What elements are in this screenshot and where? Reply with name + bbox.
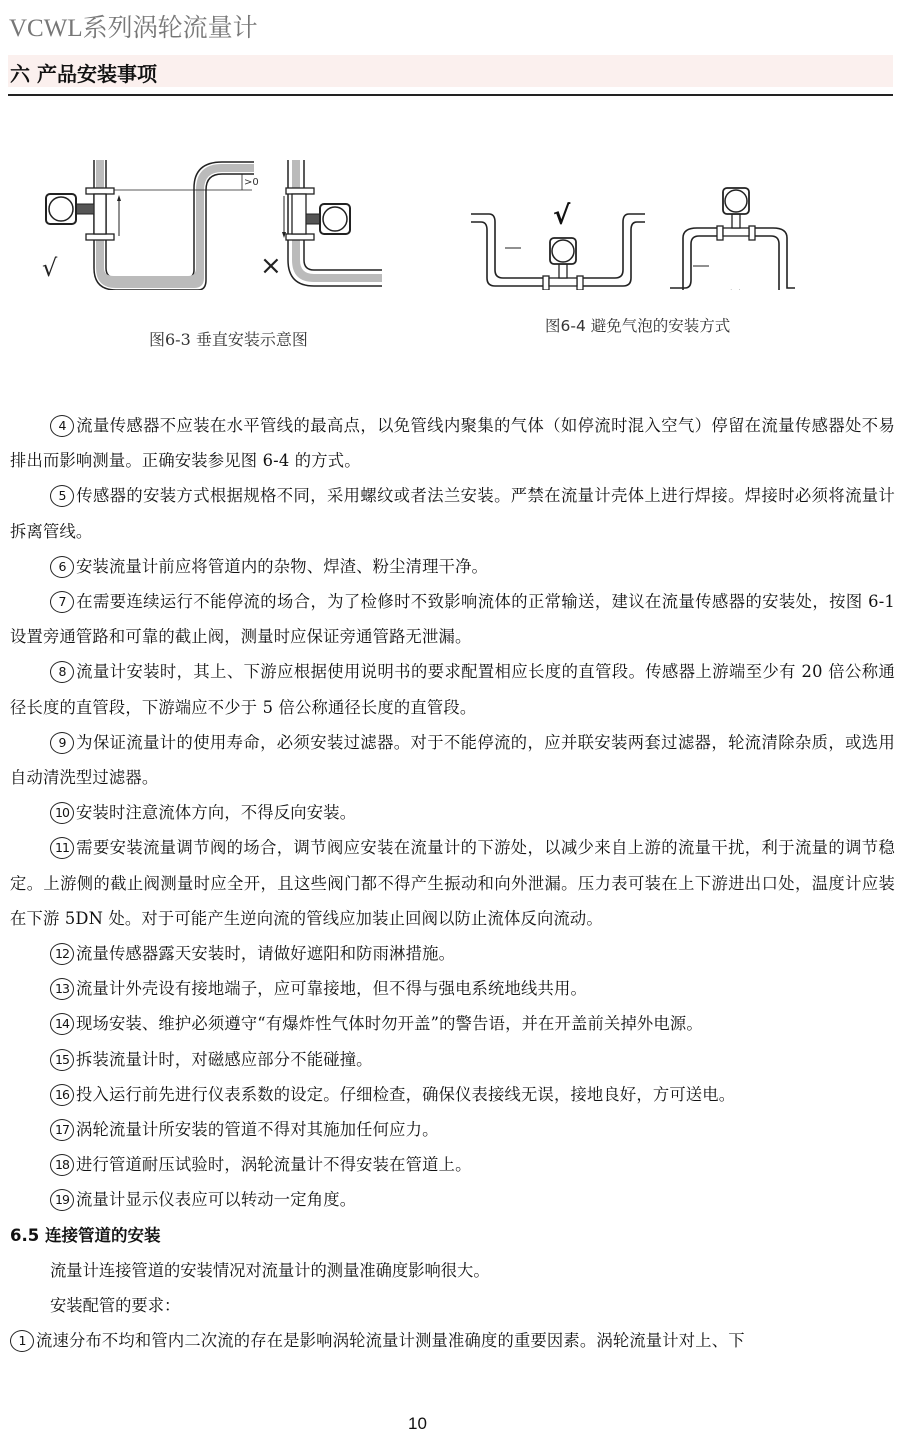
item-text: 流量传感器不应装在水平管线的最高点，以免管线内聚集的气体（如停流时混入空气）停留… bbox=[10, 416, 895, 470]
list-item: 9为保证流量计的使用寿命，必须安装过滤器。对于不能停流的，应并联安装两套过滤器，… bbox=[10, 725, 895, 795]
list-item: 6安装流量计前应将管道内的杂物、焊渣、粉尘清理干净。 bbox=[10, 549, 895, 584]
list-item: 19流量计显示仪表应可以转动一定角度。 bbox=[10, 1182, 895, 1217]
correct-u-pipe bbox=[94, 160, 254, 290]
item-text: 流量计安装时，其上、下游应根据使用说明书的要求配置相应长度的直管段。传感器上游端… bbox=[10, 662, 895, 716]
subsection-intro: 流量计连接管道的安装情况对流量计的测量准确度影响很大。 bbox=[10, 1253, 895, 1288]
list-item: 17涡轮流量计所安装的管道不得对其施加任何应力。 bbox=[10, 1112, 895, 1147]
item-number: 19 bbox=[50, 1189, 74, 1211]
list-item: 18进行管道耐压试验时，涡轮流量计不得安装在管道上。 bbox=[10, 1147, 895, 1182]
cross-mark-icon: × bbox=[727, 283, 744, 290]
item-number: 10 bbox=[50, 802, 74, 824]
body-text: 4流量传感器不应装在水平管线的最高点，以免管线内聚集的气体（如停流时混入空气）停… bbox=[10, 408, 895, 1358]
item-text: 传感器的安装方式根据规格不同，采用螺纹或者法兰安装。严禁在流量计壳体上进行焊接。… bbox=[10, 486, 895, 540]
item-number: 9 bbox=[50, 732, 74, 754]
list-item: 14现场安装、维护必须遵守“有爆炸性气体时勿开盖”的警告语，并在开盖前关掉外电源… bbox=[10, 1006, 895, 1041]
item-number: 7 bbox=[50, 591, 74, 613]
item-text: 在需要连续运行不能停流的场合，为了检修时不致影响流体的正常输送，建议在流量传感器… bbox=[10, 592, 895, 646]
list-item: 1流速分布不均和管内二次流的存在是影响涡轮流量计测量准确度的重要因素。涡轮流量计… bbox=[10, 1323, 895, 1358]
item-text: 进行管道耐压试验时，涡轮流量计不得安装在管道上。 bbox=[76, 1155, 472, 1174]
figure-6-3-vertical-installation-diagram: >0 √ × bbox=[30, 150, 390, 290]
cross-mark-icon: × bbox=[260, 251, 282, 281]
list-item: 4流量传感器不应装在水平管线的最高点，以免管线内聚集的气体（如停流时混入空气）停… bbox=[10, 408, 895, 478]
item-number: 12 bbox=[50, 943, 74, 965]
check-mark-icon: √ bbox=[553, 201, 571, 231]
item-number: 18 bbox=[50, 1154, 74, 1176]
page-number: 10 bbox=[0, 1414, 835, 1434]
item-text: 流量计外壳设有接地端子，应可靠接地，但不得与强电系统地线共用。 bbox=[76, 979, 587, 998]
list-item: 15拆装流量计时，对磁感应部分不能碰撞。 bbox=[10, 1042, 895, 1077]
item-number: 15 bbox=[50, 1049, 74, 1071]
item-text: 需要安装流量调节阀的场合，调节阀应安装在流量计的下游处，以减少来自上游的流量干扰… bbox=[10, 838, 895, 927]
figure-6-3-caption: 图6-3 垂直安装示意图 bbox=[149, 327, 308, 350]
figure-6-4-avoid-bubbles-diagram: √ × bbox=[465, 170, 845, 290]
item-text: 投入运行前先进行仪表系数的设定。仔细检查，确保仪表接线无误，接地良好，方可送电。 bbox=[76, 1085, 735, 1104]
item-number: 11 bbox=[50, 837, 74, 859]
list-item: 8流量计安装时，其上、下游应根据使用说明书的要求配置相应长度的直管段。传感器上游… bbox=[10, 654, 895, 724]
figure-6-4-caption: 图6-4 避免气泡的安装方式 bbox=[545, 314, 730, 336]
item-text: 安装流量计前应将管道内的杂物、焊渣、粉尘清理干净。 bbox=[76, 557, 488, 576]
list-item: 11需要安装流量调节阀的场合，调节阀应安装在流量计的下游处，以减少来自上游的流量… bbox=[10, 830, 895, 936]
item-number: 8 bbox=[50, 661, 74, 683]
item-number: 4 bbox=[50, 415, 74, 437]
check-mark-icon: √ bbox=[42, 254, 58, 282]
item-number: 5 bbox=[50, 485, 74, 507]
item-text: 拆装流量计时，对磁感应部分不能碰撞。 bbox=[76, 1050, 373, 1069]
subsection-heading: 6.5 连接管道的安装 bbox=[10, 1218, 895, 1253]
header-divider bbox=[8, 94, 893, 96]
list-item: 5传感器的安装方式根据规格不同，采用螺纹或者法兰安装。严禁在流量计壳体上进行焊接… bbox=[10, 478, 895, 548]
document-title: VCWL系列涡轮流量计 bbox=[9, 8, 258, 44]
item-text: 流量计显示仪表应可以转动一定角度。 bbox=[76, 1190, 356, 1209]
item-number: 13 bbox=[50, 978, 74, 1000]
list-item: 12流量传感器露天安装时，请做好遮阳和防雨淋措施。 bbox=[10, 936, 895, 971]
item-text: 为保证流量计的使用寿命，必须安装过滤器。对于不能停流的，应并联安装两套过滤器，轮… bbox=[10, 733, 895, 787]
section-title: 六 产品安装事项 bbox=[10, 58, 157, 87]
item-number: 14 bbox=[50, 1013, 74, 1035]
item-text: 现场安装、维护必须遵守“有爆炸性气体时勿开盖”的警告语，并在开盖前关掉外电源。 bbox=[76, 1014, 703, 1033]
item-text: 流速分布不均和管内二次流的存在是影响涡轮流量计测量准确度的重要因素。涡轮流量计对… bbox=[36, 1331, 745, 1350]
item-number: 16 bbox=[50, 1084, 74, 1106]
list-item: 7在需要连续运行不能停流的场合，为了检修时不致影响流体的正常输送，建议在流量传感… bbox=[10, 584, 895, 654]
requirements-label: 安装配管的要求： bbox=[10, 1288, 895, 1323]
item-number: 1 bbox=[10, 1330, 34, 1352]
item-text: 涡轮流量计所安装的管道不得对其施加任何应力。 bbox=[76, 1120, 439, 1139]
list-item: 10安装时注意流体方向，不得反向安装。 bbox=[10, 795, 895, 830]
item-text: 流量传感器露天安装时，请做好遮阳和防雨淋措施。 bbox=[76, 944, 455, 963]
list-item: 16投入运行前先进行仪表系数的设定。仔细检查，确保仪表接线无误，接地良好，方可送… bbox=[10, 1077, 895, 1112]
dimension-label: >0 bbox=[244, 177, 259, 188]
item-number: 6 bbox=[50, 556, 74, 578]
item-number: 17 bbox=[50, 1119, 74, 1141]
item-text: 安装时注意流体方向，不得反向安装。 bbox=[76, 803, 356, 822]
list-item: 13流量计外壳设有接地端子，应可靠接地，但不得与强电系统地线共用。 bbox=[10, 971, 895, 1006]
